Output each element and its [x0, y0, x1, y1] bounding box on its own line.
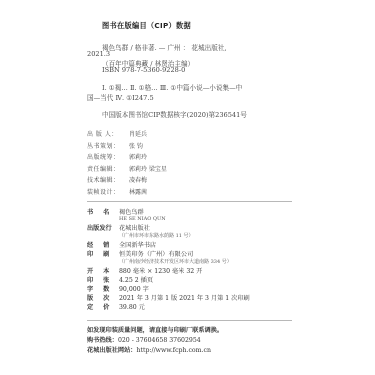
website-label: 花城出版社网站： — [87, 347, 137, 354]
detail-row-word-count: 字数90,000 字 — [87, 284, 149, 293]
detail-row-title: 书名褐色鸟群 — [87, 207, 144, 216]
cip-classification-1: Ⅰ. ①褐… Ⅱ. ①格… Ⅲ. ①中篇小说—小说集—中 — [102, 82, 242, 92]
website: 花城出版社网站：http://www.fcph.com.cn — [87, 345, 211, 354]
staff-item: 丛书策划：张 钧 — [87, 141, 167, 153]
staff-item: 技术编辑：凌春梅 — [87, 175, 167, 187]
cip-isbn: ISBN 978-7-5360-9228-0 — [102, 66, 185, 74]
detail-row-printer-address: （广州南沙经济技术开发区环市大道南路 334 号） — [119, 258, 232, 265]
detail-row-edition: 版次2021 年 3 月第 1 版 2021 年 3 月第 1 次印刷 — [87, 293, 250, 302]
bottom-divider — [87, 320, 292, 321]
detail-row-sheets: 印张4.25 2 插页 — [87, 275, 153, 284]
staff-item: 装帧设计：林露茜 — [87, 187, 167, 199]
cip-line-2: 2021.3 — [87, 50, 110, 58]
staff-item: 责任编辑：郭莉玲 梁宝星 — [87, 164, 167, 176]
cip-heading: 图书在版编目（CIP）数据 — [102, 21, 191, 31]
cip-classification-2: 国—当代 Ⅳ. ①I247.5 — [87, 92, 154, 102]
staff-list: 出 版 人：肖延兵 丛书策划：张 钧 出版统筹：郭莉玲 责任编辑：郭莉玲 梁宝星… — [87, 129, 167, 199]
quality-notice: 如发现印装质量问题，请直接与印刷厂联系调换。 — [87, 325, 223, 334]
cip-line-1: 褐色鸟群 / 格非著. — 广州 ： 花城出版社, — [102, 42, 227, 52]
detail-row-publisher-address: （广州市环市东路水荫路 11 号） — [119, 232, 194, 239]
detail-row-price: 定价39.80 元 — [87, 302, 145, 311]
detail-row-distributor: 经销全国新华书店 — [87, 240, 156, 249]
detail-row-publisher: 出版发行花城出版社 — [87, 223, 150, 232]
hotline: 购书热线：020 - 37604658 37602954 — [87, 335, 201, 344]
detail-row-format: 开本880 毫米 × 1230 毫米 32 开 — [87, 266, 202, 275]
hotline-label: 购书热线： — [87, 337, 118, 344]
staff-item: 出 版 人：肖延兵 — [87, 129, 167, 141]
detail-row-title-pinyin: HE SE NIAO QUN — [119, 216, 166, 222]
cip-number: 中国版本图书馆CIP数据核字(2020)第236541号 — [102, 109, 247, 119]
staff-item: 出版统筹：郭莉玲 — [87, 152, 167, 164]
hotline-value: 020 - 37604658 37602954 — [118, 337, 201, 344]
top-divider — [87, 201, 292, 202]
website-link[interactable]: http://www.fcph.com.cn — [137, 347, 211, 354]
detail-row-printer: 印刷恒美印务（广州）有限公司 — [87, 249, 193, 258]
